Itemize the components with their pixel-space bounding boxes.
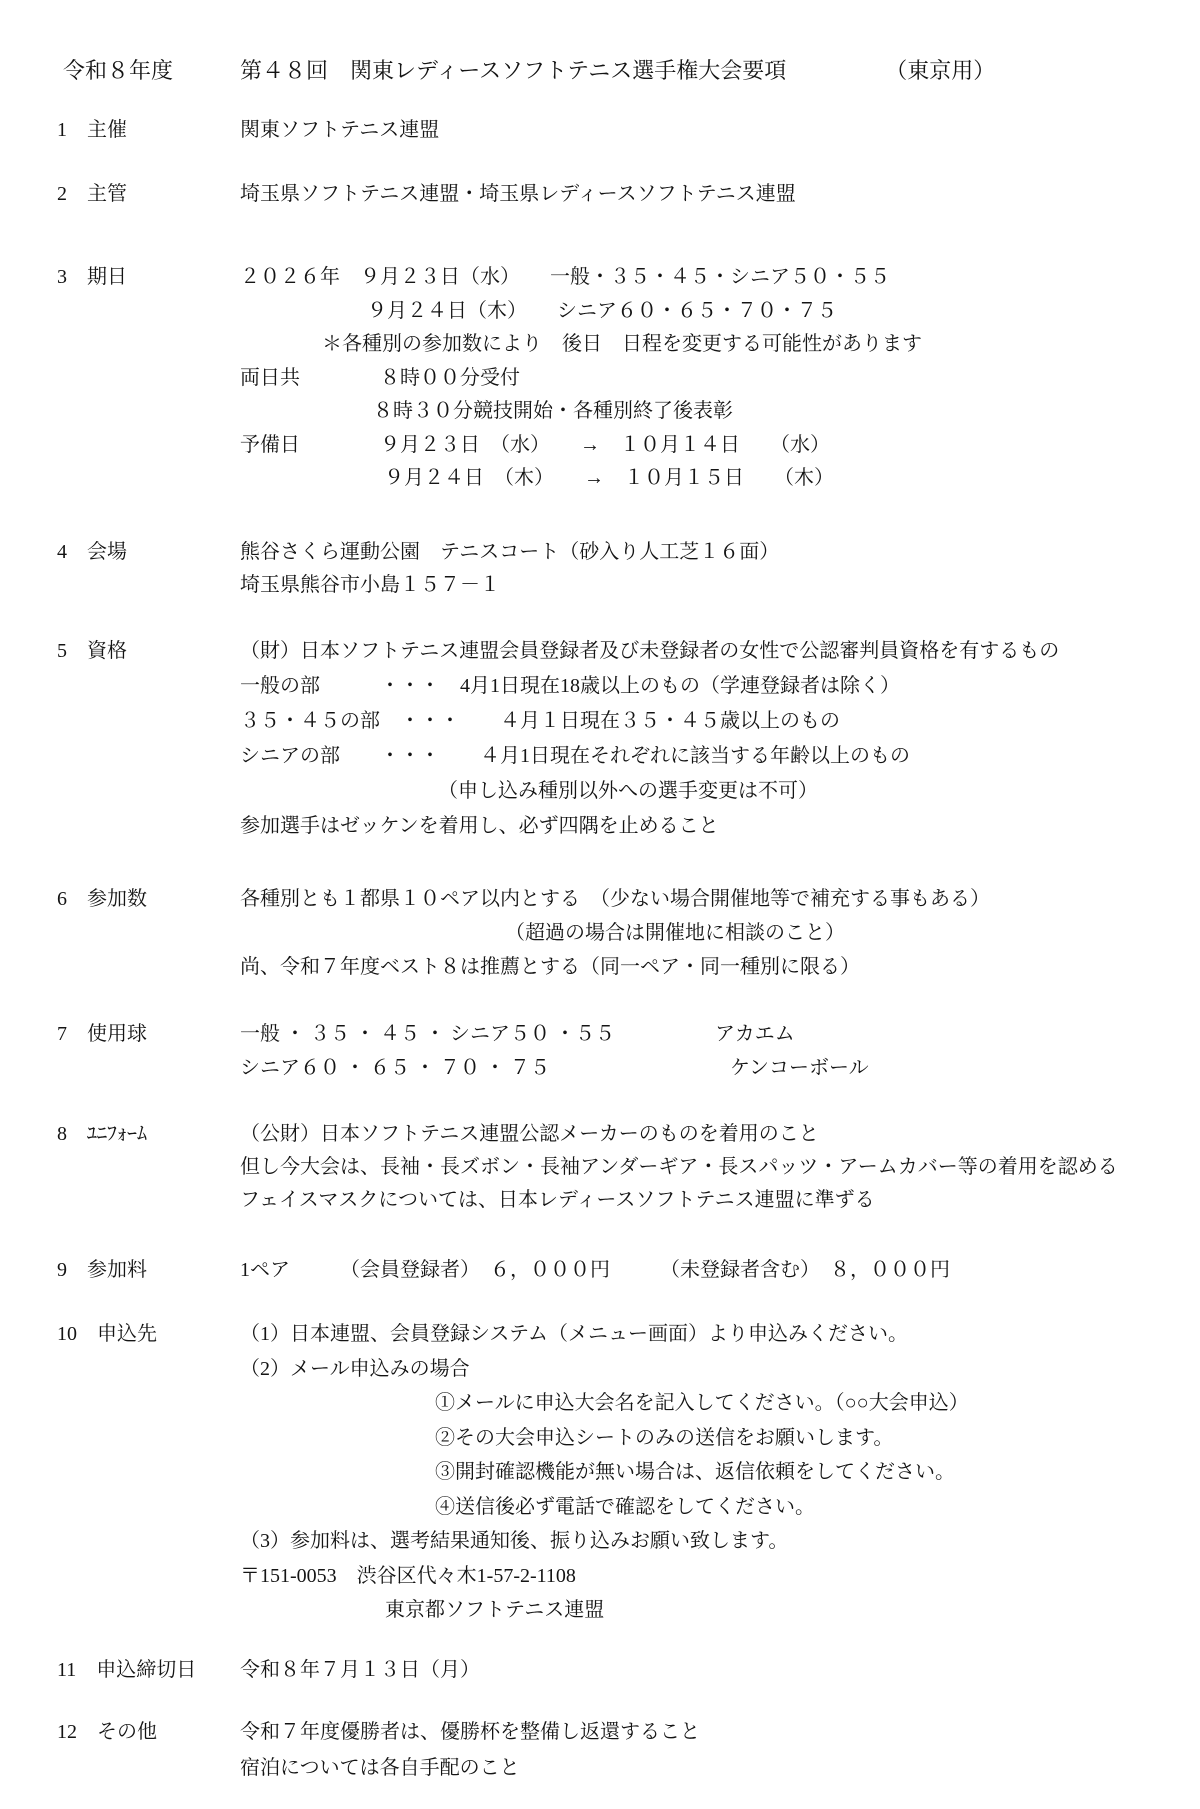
reserve-day-line2: ９月２４日 （木） → １０月１５日 （木）: [384, 462, 1180, 496]
section-4-kaijo: 4 会場 熊谷さくら運動公園 テニスコート（砂入り人工芝１６面） 埼玉県熊谷市小…: [57, 536, 1180, 602]
section-label: 8 ﾕﾆﾌｫｰﾑ: [57, 1118, 240, 1151]
section-label: 6 参加数: [57, 882, 240, 916]
text-line: ３５・４５の部 ・・・ ４月１日現在３５・４５歳以上のもの: [240, 704, 1180, 739]
text-line: 埼玉県ソフトテニス連盟・埼玉県レディースソフトテニス連盟: [240, 177, 1180, 211]
section-label: 9 参加料: [57, 1253, 240, 1287]
text-line: ④送信後必ず電話で確認をしてください。: [435, 1490, 1180, 1525]
section-2-shukan: 2 主管 埼玉県ソフトテニス連盟・埼玉県レディースソフトテニス連盟: [57, 177, 1180, 211]
text-line: 宿泊については各自手配のこと: [240, 1750, 1180, 1786]
venue-address-line: 埼玉県熊谷市小島１５７－１: [240, 569, 1180, 602]
text-line: 一般の部 ・・・ 4月1日現在18歳以上のもの（学連登録者は除く）: [240, 669, 1180, 704]
venue-name-line: 熊谷さくら運動公園 テニスコート（砂入り人工芝１６面）: [240, 536, 1180, 569]
text-line: 参加選手はゼッケンを着用し、必ず四隅を止めること: [240, 809, 1180, 844]
text-line: ③開封確認機能が無い場合は、返信依頼をしてください。: [435, 1455, 1180, 1490]
text-line: 令和７年度優勝者は、優勝杯を整備し返還すること: [240, 1714, 1180, 1750]
section-label: 5 資格: [57, 634, 240, 669]
text-line: （1）日本連盟、会員登録システム（メニュー画面）より申込みください。: [240, 1317, 1180, 1352]
date-line-day2: ９月２４日（木） シニア６０・６５・７０・７５: [367, 295, 1180, 329]
start-time-line: ８時３０分競技開始・各種別終了後表彰: [373, 395, 1180, 429]
text-line: 尚、令和７年度ベスト８は推薦とする（同一ペア・同一種別に限る）: [240, 950, 1180, 984]
title-era: 令和８年度: [63, 56, 240, 86]
section-12-sonota: 12 その他 令和７年度優勝者は、優勝杯を整備し返還すること 宿泊については各自…: [57, 1714, 1180, 1786]
text-line: （2）メール申込みの場合: [240, 1352, 1180, 1387]
section-label: 4 会場: [57, 536, 240, 569]
section-label: 2 主管: [57, 177, 240, 211]
postal-address-line: 〒151-0053 渋谷区代々木1-57-2-1108: [240, 1559, 1180, 1594]
text-line: （申し込み種別以外への選手変更は不可）: [438, 774, 1180, 809]
text-line: 関東ソフトテニス連盟: [240, 113, 1180, 147]
section-label: 12 その他: [57, 1714, 240, 1750]
reserve-day-line1: 予備日 ９月２３日 （水） → １０月１４日 （水）: [240, 429, 1180, 463]
text-line: （超過の場合は開催地に相談のこと）: [505, 916, 1180, 950]
document-title: 令和８年度 第４８回 関東レディースソフトテニス選手権大会要項 （東京用）: [63, 56, 995, 86]
text-line: （財）日本ソフトテニス連盟会員登録者及び未登録者の女性で公認審判員資格を有するも…: [240, 634, 1180, 669]
section-9-sankaryo: 9 参加料 1ペア （会員登録者） ６，０００円 （未登録者含む） ８，０００円: [57, 1253, 1180, 1287]
section-8-uniform: 8 ﾕﾆﾌｫｰﾑ （公財）日本ソフトテニス連盟公認メーカーのものを着用のこと 但…: [57, 1118, 1180, 1217]
organization-name-line: 東京都ソフトテニス連盟: [385, 1593, 1180, 1628]
section-label: 11 申込締切日: [57, 1653, 240, 1687]
section-7-shiyokyu: 7 使用球 一般 ・ ３５ ・ ４５ ・ シニア５０ ・５５ アカエム シニア６…: [57, 1017, 1180, 1085]
deadline-line: 令和８年７月１３日（月）: [240, 1653, 1180, 1687]
text-line: 各種別とも１都県１０ペア以内とする （少ない場合開催地等で補充する事もある）: [240, 882, 1180, 916]
text-line: シニアの部 ・・・ ４月1日現在それぞれに該当する年齢以上のもの: [240, 739, 1180, 774]
section-11-shimekiri: 11 申込締切日 令和８年７月１３日（月）: [57, 1653, 1180, 1687]
schedule-note: ＊各種別の参加数により 後日 日程を変更する可能性があります: [322, 328, 1180, 362]
section-6-sankasu: 6 参加数 各種別とも１都県１０ペア以内とする （少ない場合開催地等で補充する事…: [57, 882, 1180, 984]
ball-line-akaemu: 一般 ・ ３５ ・ ４５ ・ シニア５０ ・５５ アカエム: [240, 1017, 1180, 1051]
reception-time-line: 両日共 ８時００分受付: [240, 362, 1180, 396]
document-page: 令和８年度 第４８回 関東レディースソフトテニス選手権大会要項 （東京用） 1 …: [0, 0, 1200, 1809]
title-main: 第４８回 関東レディースソフトテニス選手権大会要項 （東京用）: [240, 56, 995, 86]
section-3-kijitsu: 3 期日 ２０２６年 ９月２３日（水） 一般・３５・４５・シニア５０・５５ ９月…: [57, 261, 1180, 496]
text-line: （3）参加料は、選考結果通知後、振り込みお願い致します。: [240, 1524, 1180, 1559]
section-label: 1 主催: [57, 113, 240, 147]
text-line: ①メールに申込大会名を記入してください。（○○大会申込）: [435, 1386, 1180, 1421]
section-label: 10 申込先: [57, 1317, 240, 1352]
section-label: 3 期日: [57, 261, 240, 295]
section-1-shusai: 1 主催 関東ソフトテニス連盟: [57, 113, 1180, 147]
section-5-shikaku: 5 資格 （財）日本ソフトテニス連盟会員登録者及び未登録者の女性で公認審判員資格…: [57, 634, 1180, 844]
ball-line-kenko: シニア６０ ・ ６５ ・ ７０ ・ ７５ ケンコーボール: [240, 1051, 1180, 1085]
text-line: ②その大会申込シートのみの送信をお願いします。: [435, 1421, 1180, 1456]
date-line-day1: ２０２６年 ９月２３日（水） 一般・３５・４５・シニア５０・５５: [240, 261, 1180, 295]
text-line: フェイスマスクについては、日本レディースソフトテニス連盟に準ずる: [240, 1184, 1180, 1217]
fee-line: 1ペア （会員登録者） ６，０００円 （未登録者含む） ８，０００円: [240, 1253, 1180, 1287]
section-10-moshikomisaki: 10 申込先 （1）日本連盟、会員登録システム（メニュー画面）より申込みください…: [57, 1317, 1180, 1628]
section-label: 7 使用球: [57, 1017, 240, 1051]
text-line: 但し今大会は、長袖・長ズボン・長袖アンダーギア・長スパッツ・アームカバー等の着用…: [240, 1151, 1180, 1184]
text-line: （公財）日本ソフトテニス連盟公認メーカーのものを着用のこと: [240, 1118, 1180, 1151]
